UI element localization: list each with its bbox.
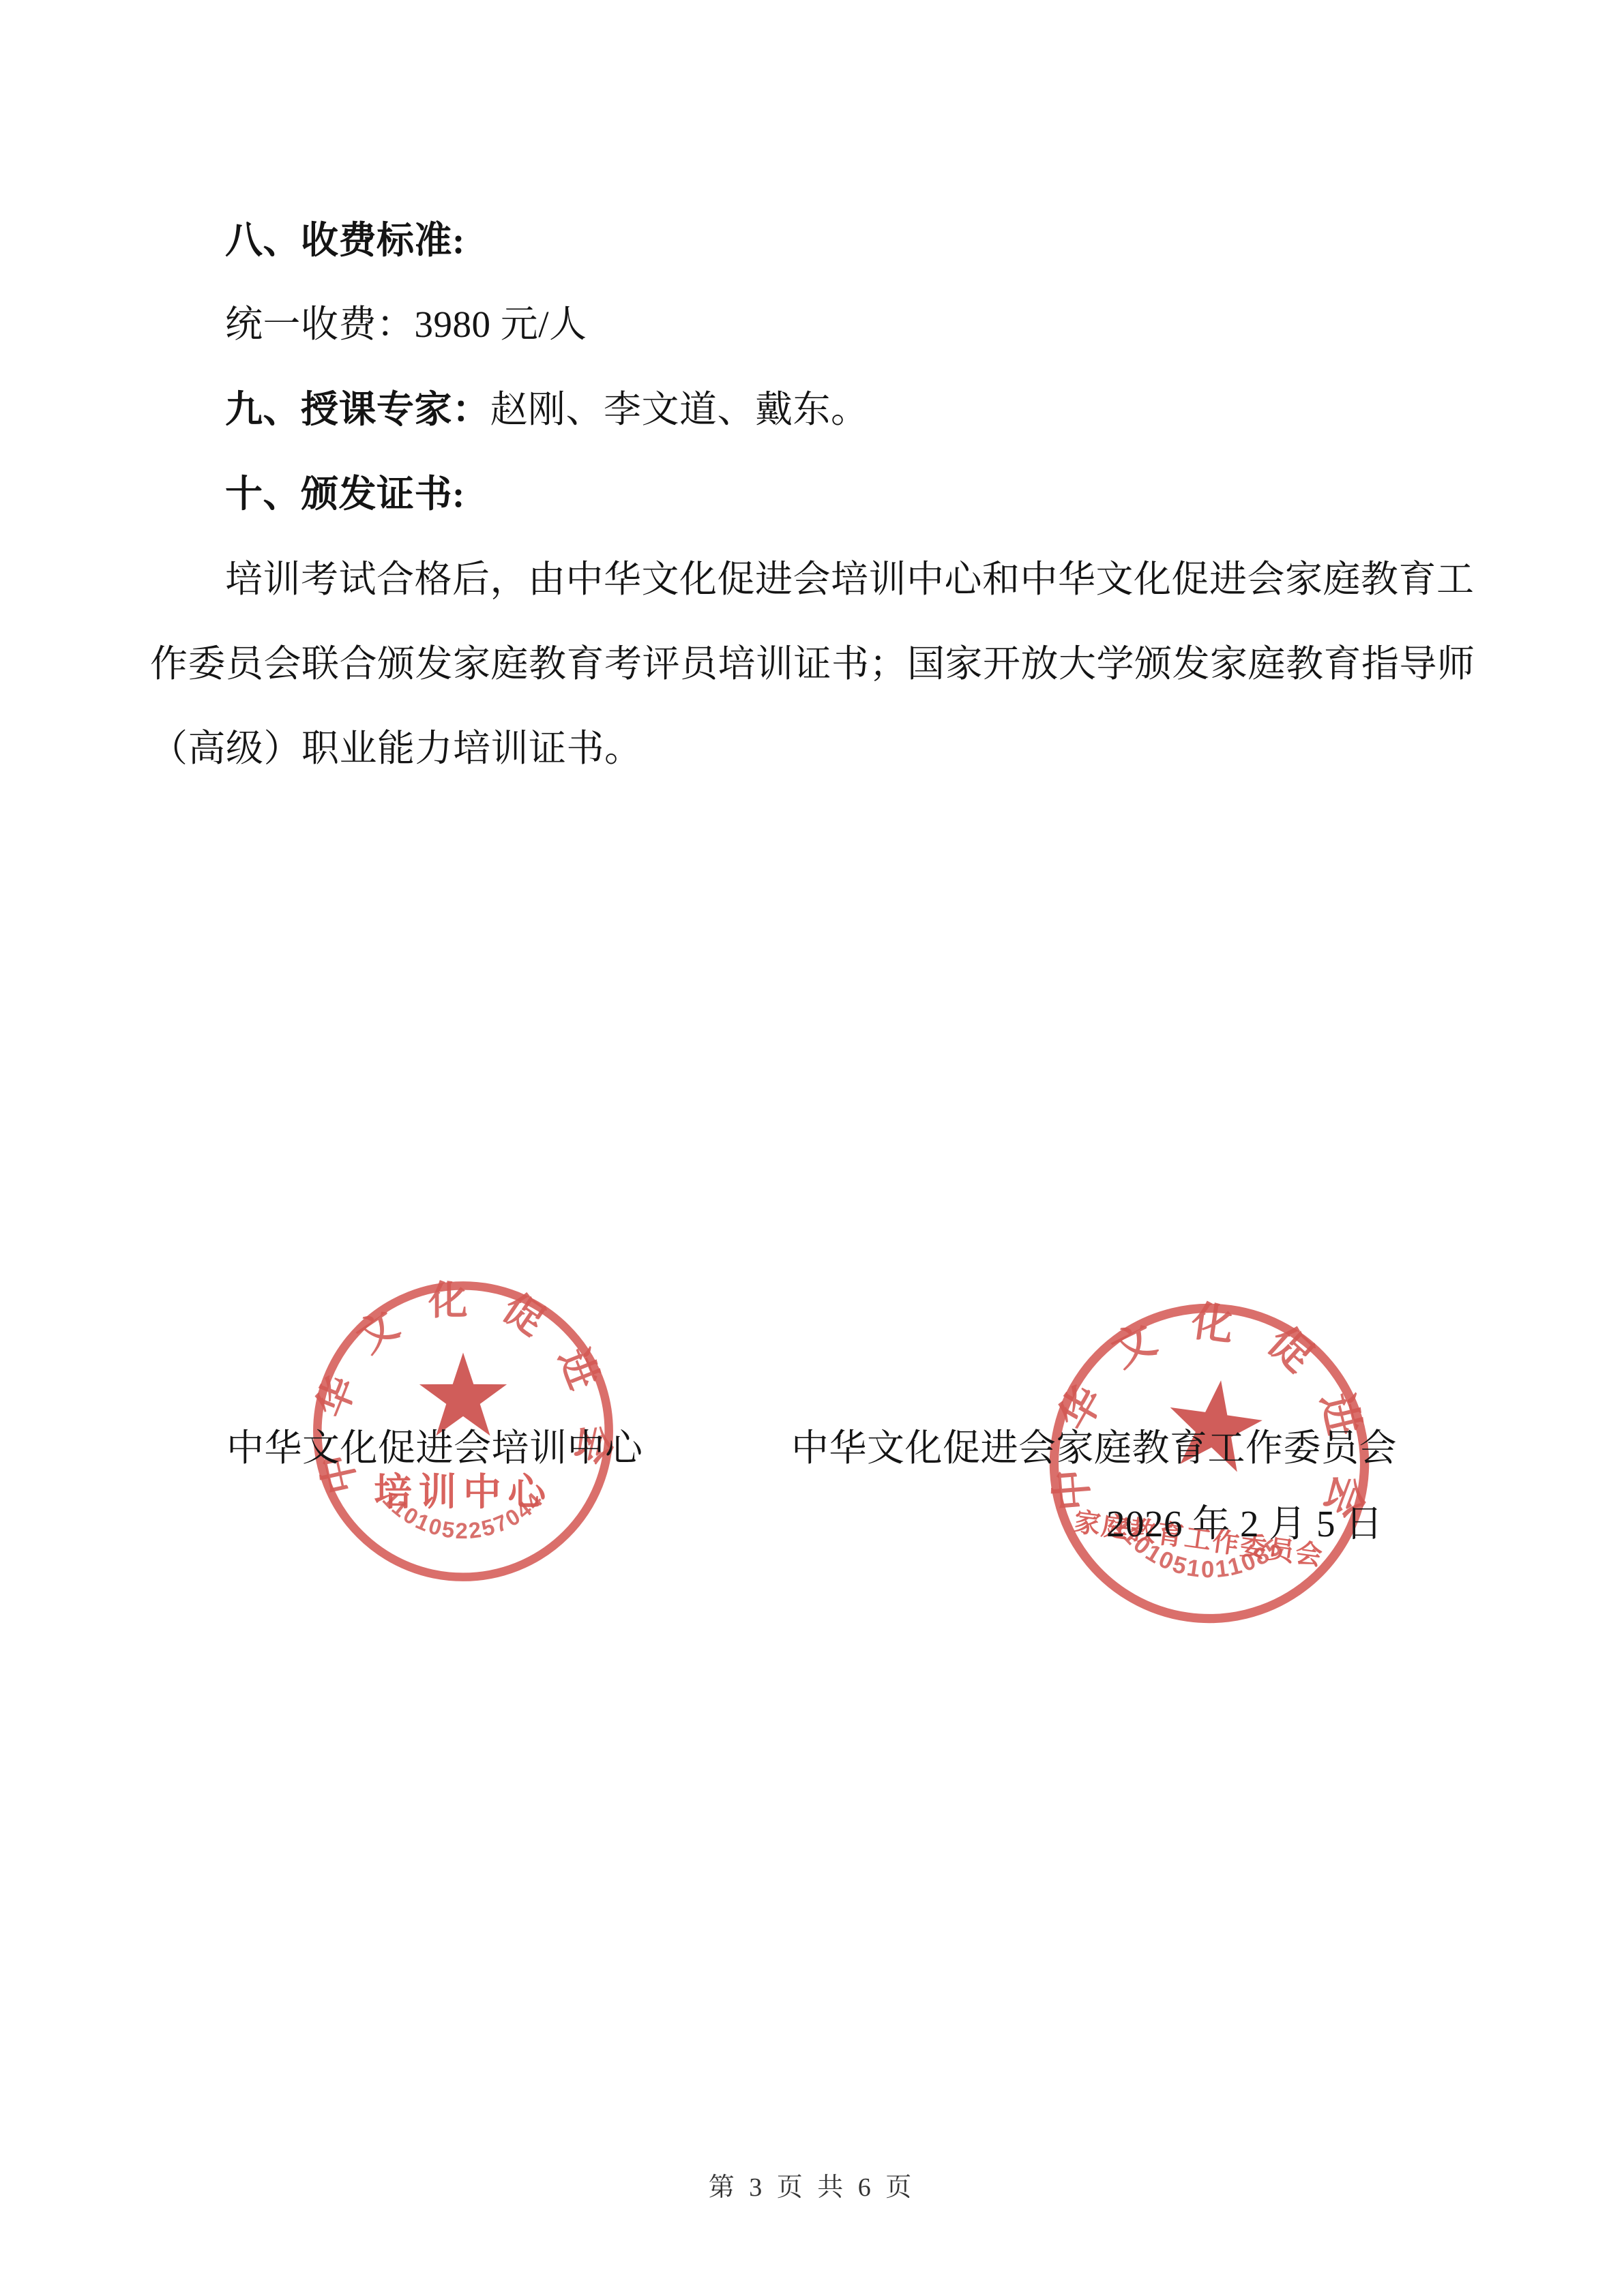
experts-names: 赵刚、李文道、戴东。: [490, 389, 869, 430]
document-page: 八、收费标准: 统一收费：3980 元/人 九、授课专家：赵刚、李文道、戴东。 …: [0, 0, 1624, 2296]
document-date: 2026 年 2 月 5 日: [1106, 1502, 1383, 1547]
section-9-heading: 九、授课专家：: [225, 389, 490, 430]
certificate-paragraph-line-2: 作委员会联合颁发家庭教育考评员培训证书；国家开放大学颁发家庭教育指导师: [150, 642, 1475, 687]
right-organization-name: 中华文化促进会家庭教育工作委员会: [791, 1427, 1397, 1471]
left-organization-name: 中华文化促进会培训中心: [226, 1427, 643, 1471]
page-number-footer: 第 3 页 共 6 页: [0, 2166, 1624, 2203]
section-9-line: 九、授课专家：赵刚、李文道、戴东。: [225, 388, 869, 432]
certificate-paragraph-line-3: （高级）职业能力培训证书。: [150, 727, 643, 771]
section-8-heading: 八、收费标准:: [225, 219, 465, 263]
star-icon: [419, 1353, 507, 1436]
fee-standard-text: 统一收费：3980 元/人: [225, 303, 587, 347]
section-10-heading: 十、颁发证书:: [225, 473, 465, 517]
certificate-paragraph-line-1: 培训考试合格后，由中华文化促进会培训中心和中华文化促进会家庭教育工: [225, 558, 1475, 602]
